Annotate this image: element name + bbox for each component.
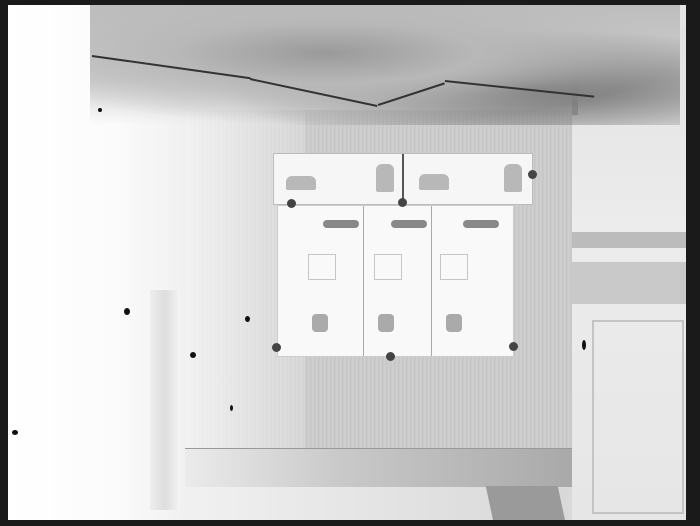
dust-spot bbox=[230, 405, 233, 411]
dust-spot bbox=[98, 108, 102, 112]
mummy-drawing bbox=[323, 220, 359, 228]
pushpin bbox=[287, 199, 296, 208]
figure-sketch bbox=[286, 176, 316, 190]
figure-sketch bbox=[376, 164, 394, 192]
hand-sketch bbox=[374, 254, 402, 280]
wall-panel-frame bbox=[592, 320, 684, 514]
hand-sketch bbox=[308, 254, 336, 280]
board-rail bbox=[185, 448, 572, 487]
photograph: A wooden board leaning against a paneled… bbox=[0, 0, 700, 526]
column-divider bbox=[363, 206, 364, 356]
mummy-drawing bbox=[463, 220, 499, 228]
plate-edge-left bbox=[0, 0, 8, 526]
mummy-drawing bbox=[391, 220, 427, 228]
wall-moulding bbox=[572, 232, 686, 248]
emulsion-damage bbox=[90, 5, 680, 125]
coffin-drawing bbox=[446, 314, 462, 332]
strip-divider bbox=[402, 154, 404, 204]
dust-spot bbox=[12, 430, 18, 435]
drawing-sheet bbox=[277, 205, 514, 357]
wall-moulding-lower bbox=[572, 262, 686, 304]
figure-sketch bbox=[504, 164, 522, 192]
figure-sketch bbox=[419, 174, 449, 190]
pushpin bbox=[528, 170, 537, 179]
pushpin bbox=[509, 342, 518, 351]
dust-spot bbox=[124, 308, 130, 315]
plate-edge-right bbox=[686, 0, 700, 526]
hand-sketch bbox=[440, 254, 468, 280]
coffin-drawing bbox=[378, 314, 394, 332]
dust-spot bbox=[245, 316, 250, 322]
pushpin bbox=[386, 352, 395, 361]
plate-edge-bottom bbox=[0, 520, 700, 526]
pushpin bbox=[398, 198, 407, 207]
pushpin bbox=[272, 343, 281, 352]
dust-spot bbox=[582, 340, 586, 350]
coffin-drawing bbox=[312, 314, 328, 332]
column-divider bbox=[431, 206, 432, 356]
dust-spot bbox=[190, 352, 196, 358]
plate-edge-top bbox=[0, 0, 700, 5]
left-pillar bbox=[150, 290, 180, 510]
